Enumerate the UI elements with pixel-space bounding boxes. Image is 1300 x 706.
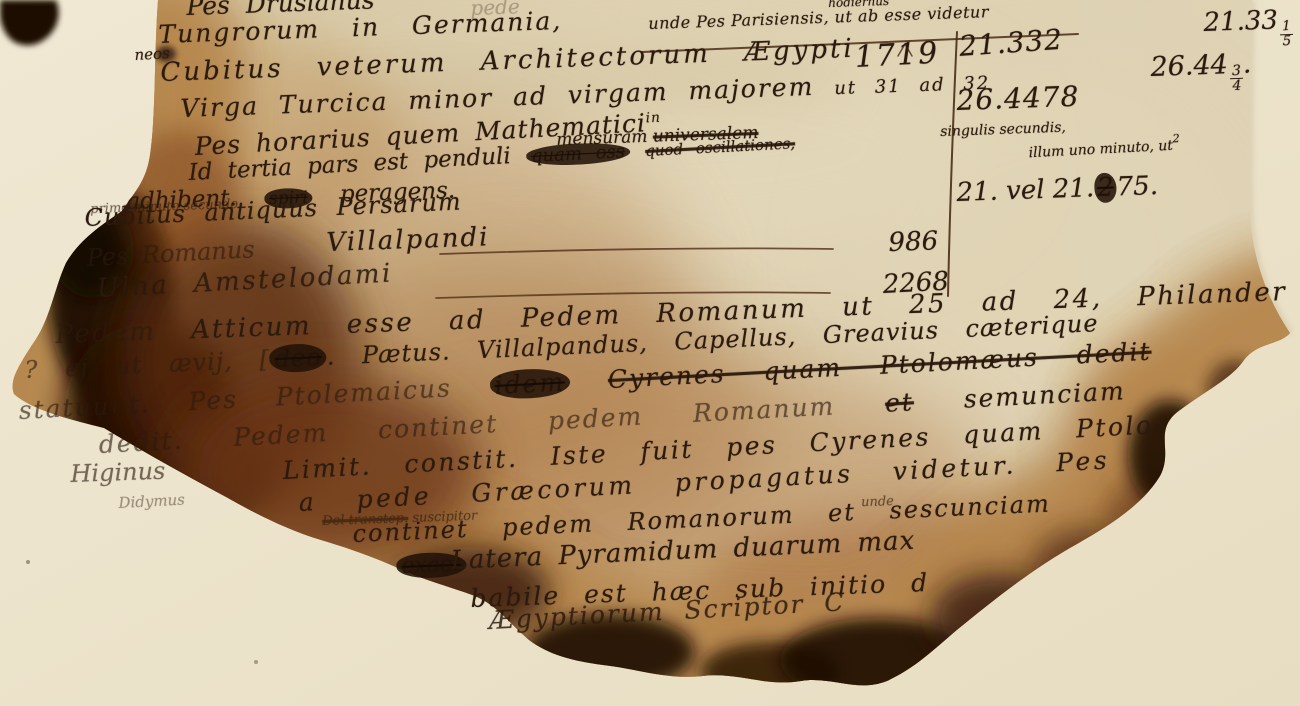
value-26-4478: 26.4478 (956, 80, 1080, 117)
ms-sup-in: in (645, 110, 661, 127)
value-26-44-3-4: 26.4434. (1150, 48, 1252, 96)
ms-marginal-didymus: Didymus (118, 491, 185, 512)
manuscript-photo: Pes Drusianus pede Tungrorum in Germania… (0, 0, 1300, 706)
ms-line-villalpandi: Villalpandi (326, 222, 490, 258)
value-1719: 1719 (854, 36, 940, 75)
value-21-33-1-5: 21.3315 (1203, 5, 1294, 52)
ms-marginal-higinus: Higinus (70, 457, 166, 488)
value-2268: 2268 (882, 267, 950, 300)
value-986: 986 (888, 226, 939, 258)
